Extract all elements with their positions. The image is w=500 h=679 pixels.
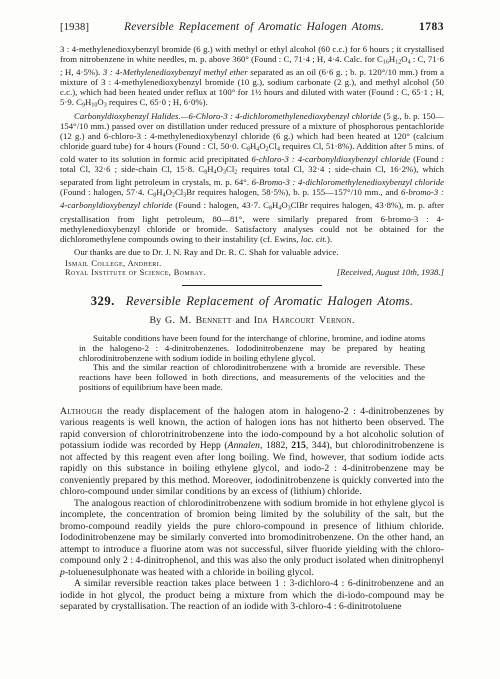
experimental-paragraph: Carbonyldioxybenzyl Halides.—6-Chloro-3 … bbox=[60, 111, 444, 244]
article-byline: By G. M. Bennett and Ida Harcourt Vernon… bbox=[60, 315, 444, 326]
body-paragraph: Although the ready displacement of the h… bbox=[60, 406, 444, 498]
received-date: [Received, August 10th, 1938.] bbox=[337, 268, 444, 278]
abstract-paragraph: Suitable conditions have been found for … bbox=[79, 334, 425, 363]
abstract-paragraph: This and the similar reaction of chlorod… bbox=[79, 363, 425, 392]
article-title: 329.Reversible Replacement of Aromatic H… bbox=[60, 294, 444, 309]
body-paragraph: The analogous reaction of chlorodinitrob… bbox=[60, 498, 444, 579]
article-body: Although the ready displacement of the h… bbox=[60, 406, 444, 613]
address-line-2: Royal Institute of Science, Bombay. bbox=[65, 268, 206, 278]
article-329: 329.Reversible Replacement of Aromatic H… bbox=[60, 294, 444, 613]
author-address-block: Ismail College, Andheri. Royal Institute… bbox=[60, 259, 444, 278]
experimental-paragraph: 3 : 4-methylenedioxybenzyl bromide (6 g.… bbox=[60, 44, 444, 111]
article-divider-rule bbox=[182, 285, 322, 286]
journal-page: [1938] Reversible Replacement of Aromati… bbox=[0, 0, 500, 679]
header-year: [1938] bbox=[60, 22, 89, 33]
article-title-text: Reversible Replacement of Aromatic Halog… bbox=[126, 294, 413, 308]
header-running-title: Reversible Replacement of Aromatic Halog… bbox=[124, 21, 384, 33]
article-number: 329. bbox=[91, 294, 115, 308]
acknowledgment-text: Our thanks are due to Dr. J. N. Ray and … bbox=[60, 247, 444, 257]
header-page-number: 1783 bbox=[419, 21, 444, 33]
address-row: Royal Institute of Science, Bombay. [Rec… bbox=[65, 268, 444, 278]
body-paragraph: A similar reversible reaction takes plac… bbox=[60, 578, 444, 613]
page-header: [1938] Reversible Replacement of Aromati… bbox=[60, 21, 444, 33]
previous-article-experimental: 3 : 4-methylenedioxybenzyl bromide (6 g.… bbox=[60, 44, 444, 278]
article-abstract: Suitable conditions have been found for … bbox=[79, 334, 425, 393]
